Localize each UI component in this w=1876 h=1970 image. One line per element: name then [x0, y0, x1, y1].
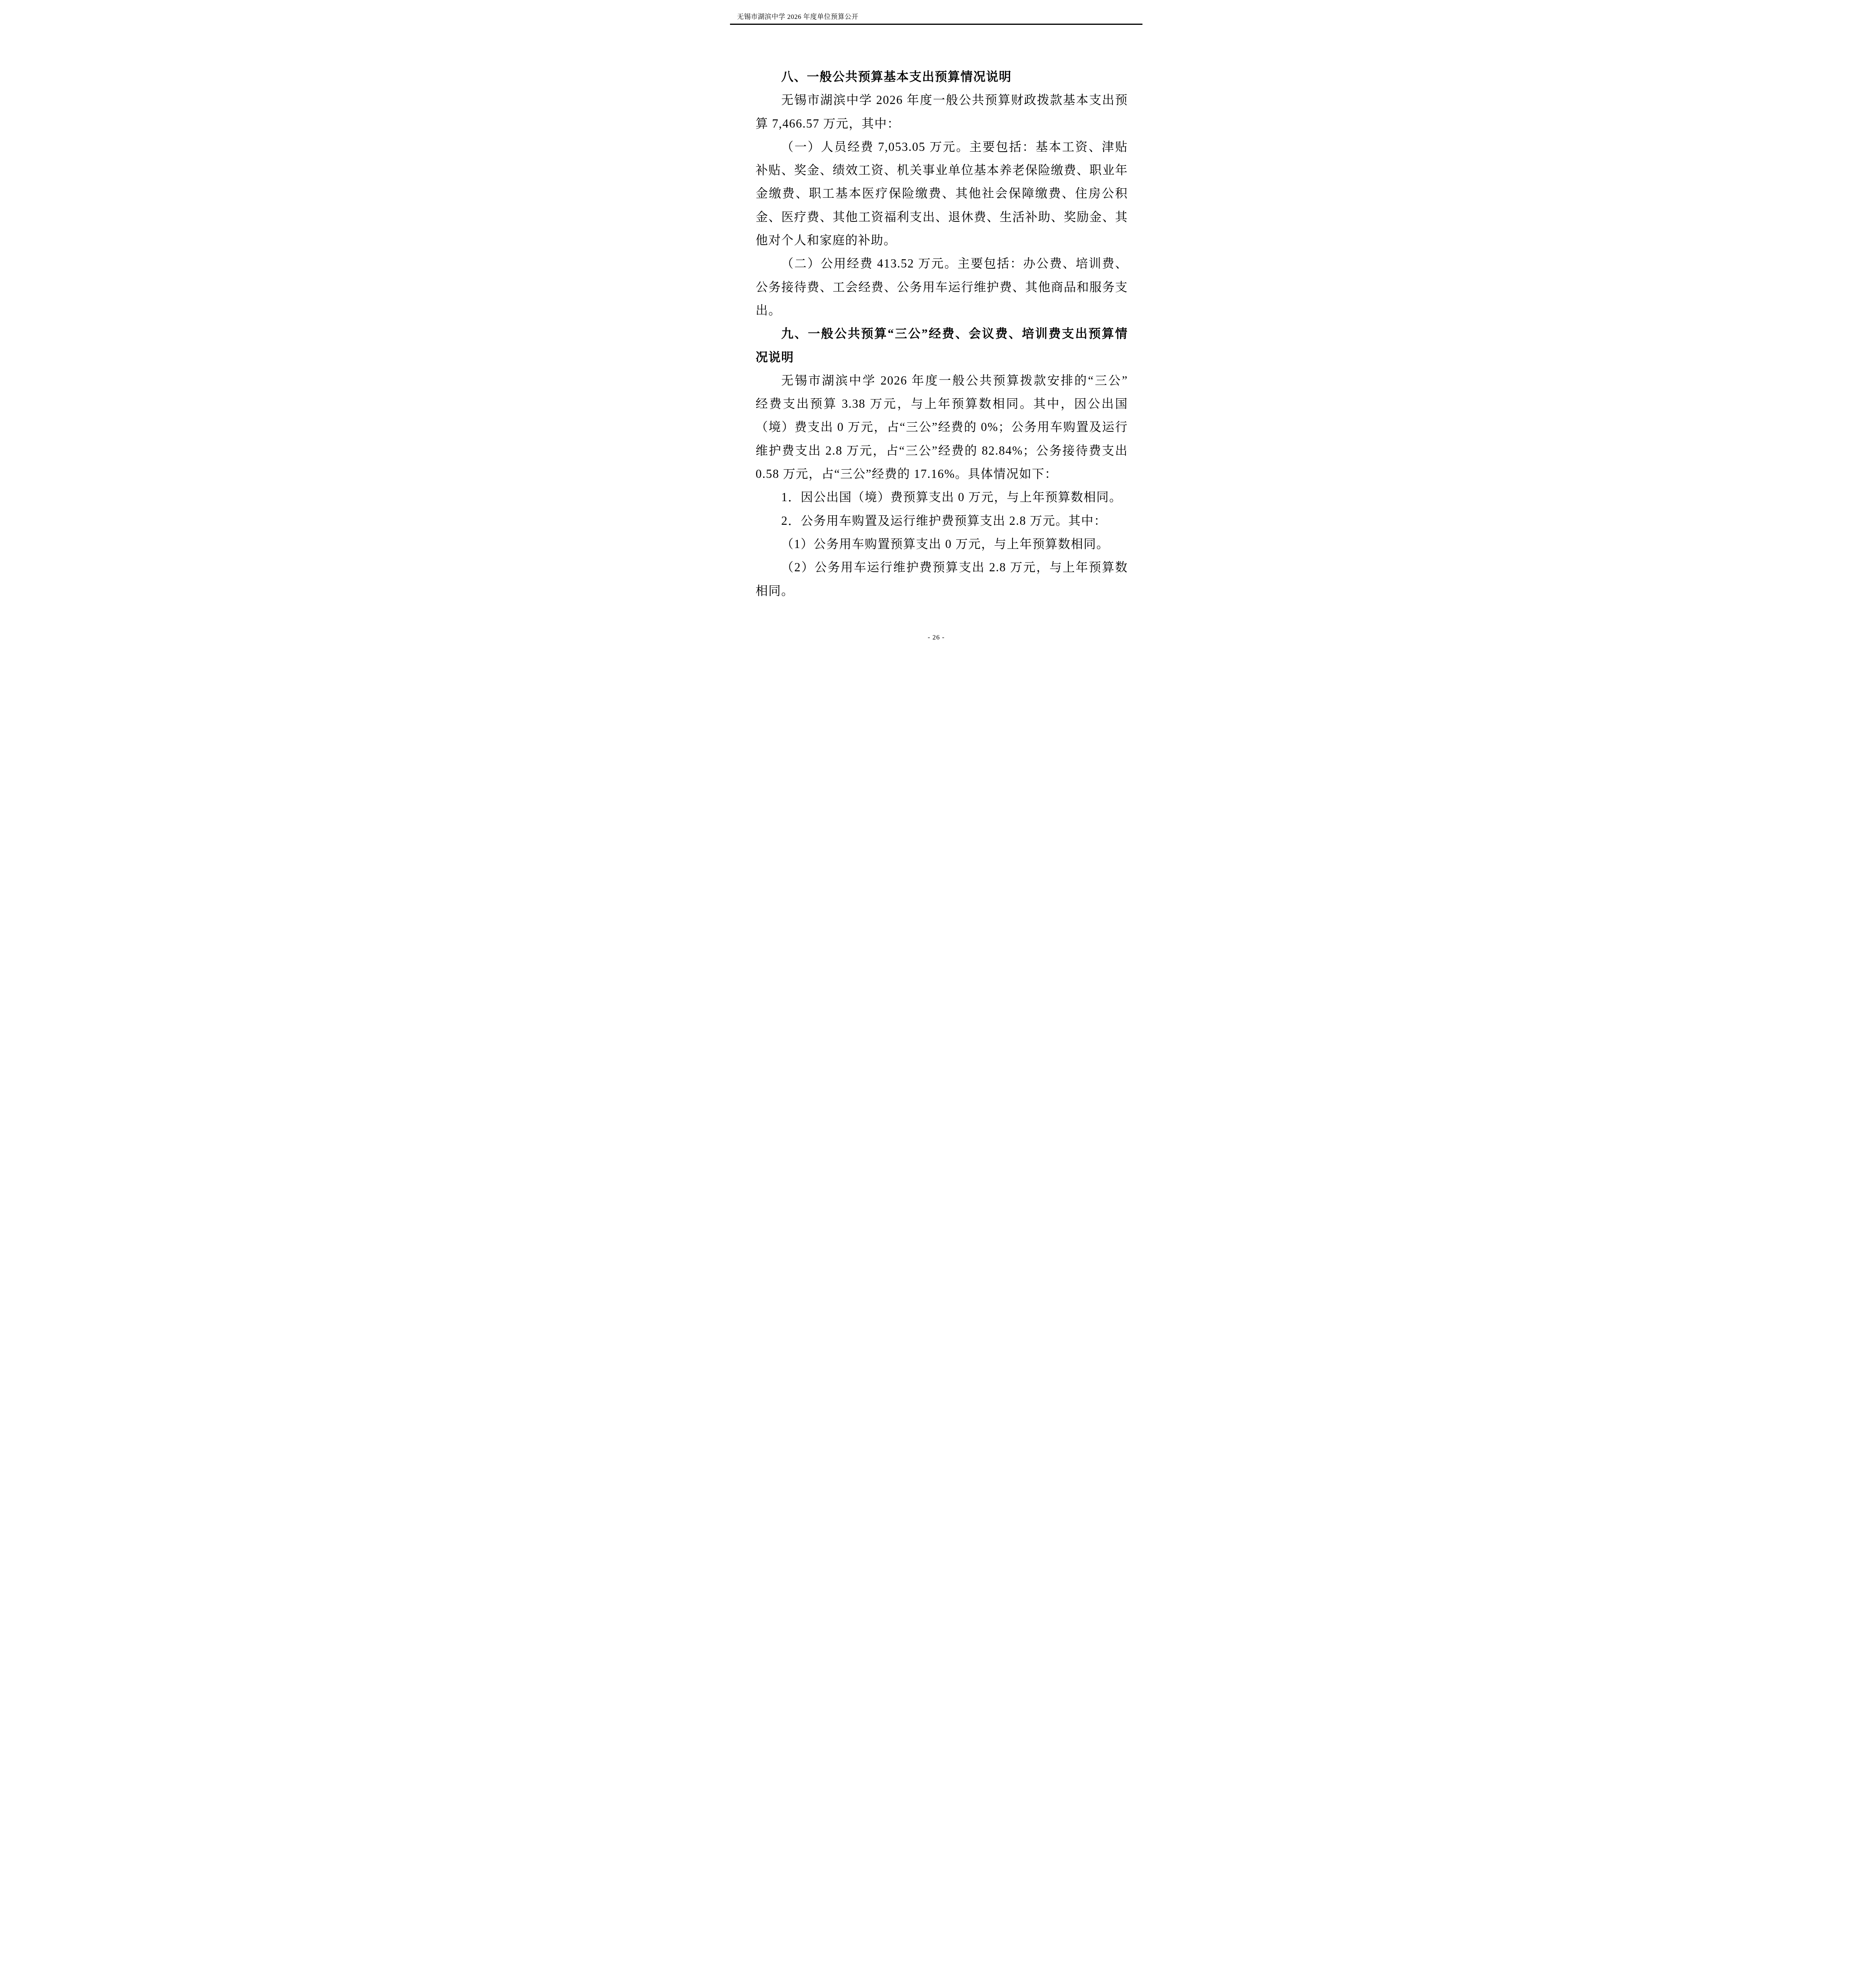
body-line: 无锡市湖滨中学 2026 年度一般公共预算拨款安排的“三公” — [756, 369, 1128, 392]
body-line: 金缴费、职工基本医疗保险缴费、其他社会保障缴费、住房公积 — [756, 182, 1128, 205]
body-line: 无锡市湖滨中学 2026 年度一般公共预算财政拨款基本支出预 — [756, 88, 1128, 112]
body-line: 金、医疗费、其他工资福利支出、退休费、生活补助、奖励金、其 — [756, 205, 1128, 229]
body-line: 相同。 — [756, 579, 1128, 602]
body-line: 经费支出预算 3.38 万元，与上年预算数相同。其中，因公出国 — [756, 392, 1128, 415]
body-line: 他对个人和家庭的补助。 — [756, 229, 1128, 252]
section-9-heading: 九、一般公共预算“三公”经费、会议费、培训费支出预算情 — [756, 322, 1128, 345]
page-number: - 26 - — [928, 634, 945, 641]
body-line: 公务接待费、工会经费、公务用车运行维护费、其他商品和服务支 — [756, 275, 1128, 299]
document-body: 八、一般公共预算基本支出预算情况说明 无锡市湖滨中学 2026 年度一般公共预算… — [756, 65, 1128, 602]
body-line: 维护费支出 2.8 万元，占“三公”经费的 82.84%；公务接待费支出 — [756, 439, 1128, 462]
document-page: 无锡市湖滨中学 2026 年度单位预算公开 八、一般公共预算基本支出预算情况说明… — [704, 0, 1172, 663]
body-line: （一）人员经费 7,053.05 万元。主要包括：基本工资、津贴 — [756, 135, 1128, 158]
body-line: 1．因公出国（境）费预算支出 0 万元，与上年预算数相同。 — [756, 485, 1128, 509]
body-line: 补贴、奖金、绩效工资、机关事业单位基本养老保险缴费、职业年 — [756, 158, 1128, 182]
body-line: 出。 — [756, 299, 1128, 322]
page-footer: - 26 - — [730, 634, 1142, 641]
body-line: （2）公务用车运行维护费预算支出 2.8 万元，与上年预算数 — [756, 556, 1128, 579]
body-line: 0.58 万元，占“三公”经费的 17.16%。具体情况如下： — [756, 462, 1128, 485]
body-line: （二）公用经费 413.52 万元。主要包括：办公费、培训费、 — [756, 252, 1128, 275]
body-line: 算 7,466.57 万元，其中： — [756, 112, 1128, 135]
section-8-heading: 八、一般公共预算基本支出预算情况说明 — [756, 65, 1128, 88]
body-line: （境）费支出 0 万元，占“三公”经费的 0%；公务用车购置及运行 — [756, 415, 1128, 439]
section-9-heading-cont: 况说明 — [756, 346, 1128, 369]
body-line: 2．公务用车购置及运行维护费预算支出 2.8 万元。其中： — [756, 509, 1128, 532]
page-header-title: 无锡市湖滨中学 2026 年度单位预算公开 — [737, 11, 858, 21]
header-rule — [730, 24, 1142, 25]
body-line: （1）公务用车购置预算支出 0 万元，与上年预算数相同。 — [756, 532, 1128, 556]
